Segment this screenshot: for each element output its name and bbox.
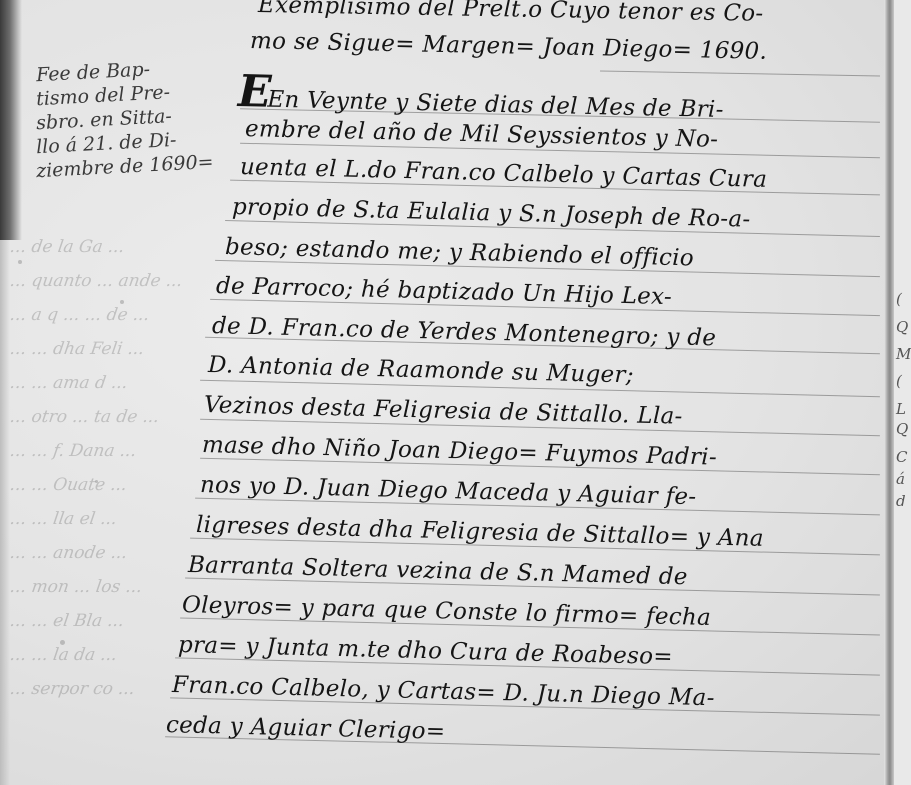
body-line-2: mo se Sigue= Margen= Joan Diego= 1690.	[250, 28, 768, 65]
paper-speck	[95, 480, 98, 483]
binding-edge	[0, 0, 22, 240]
binding-shadow	[0, 240, 10, 785]
bleed-line: ... de la Ga ...	[10, 230, 230, 264]
paper-speck	[120, 300, 124, 304]
adjacent-page-fragment: Q	[896, 318, 908, 336]
adjacent-page-fragment: (	[896, 372, 902, 390]
body-line-9: de D. Fran.co de Yerdes Montenegro; y de	[212, 313, 717, 351]
adjacent-page-fragment: d	[896, 492, 906, 510]
bleed-line: ... ... f. Dana ...	[10, 434, 230, 468]
body-line-16: Oleyros= y para que Conste lo firmo= fec…	[182, 592, 712, 631]
bleed-through-text: ... de la Ga ... ... quanto ... ande ...…	[10, 230, 230, 785]
body-line-1: Exemplisimo del Prelt.o Cuyo tenor es Co…	[258, 0, 764, 27]
paper-speck	[60, 640, 65, 645]
manuscript-page: ... de la Ga ... ... quanto ... ande ...…	[0, 0, 911, 785]
body-line-10: D. Antonia de Raamonde su Muger;	[208, 352, 634, 388]
page-gutter	[884, 0, 894, 785]
adjacent-page-fragment: Q	[896, 420, 908, 438]
body-line-5: uenta el L.do Fran.co Calbelo y Cartas C…	[240, 154, 768, 193]
body-line-8: de Parroco; hé baptizado Un Hijo Lex-	[216, 273, 673, 310]
adjacent-page-strip: ( Q M ( L Q C á d	[894, 0, 911, 785]
bleed-line: ... quanto ... ande ...	[10, 264, 230, 298]
margin-note: Fee de Bap- tismo del Pre- sbro. en Sitt…	[36, 58, 236, 178]
body-line-14: ligreses desta dha Feligresia de Sittall…	[196, 512, 764, 552]
decorated-initial: E	[237, 66, 268, 118]
adjacent-page-fragment: á	[896, 470, 905, 488]
adjacent-page-fragment: M	[896, 345, 911, 363]
adjacent-page-fragment: (	[896, 290, 902, 308]
adjacent-page-fragment: L	[896, 400, 906, 418]
bleed-line: ... ... dha Feli ...	[10, 332, 230, 366]
bleed-line: ... ... ama d ...	[10, 366, 230, 400]
paper-speck	[18, 260, 22, 264]
body-line-18: Fran.co Calbelo, y Cartas= D. Ju.n Diego…	[172, 672, 715, 711]
adjacent-page-fragment: C	[896, 448, 907, 466]
bleed-line: ... otro ... ta de ...	[10, 400, 230, 434]
